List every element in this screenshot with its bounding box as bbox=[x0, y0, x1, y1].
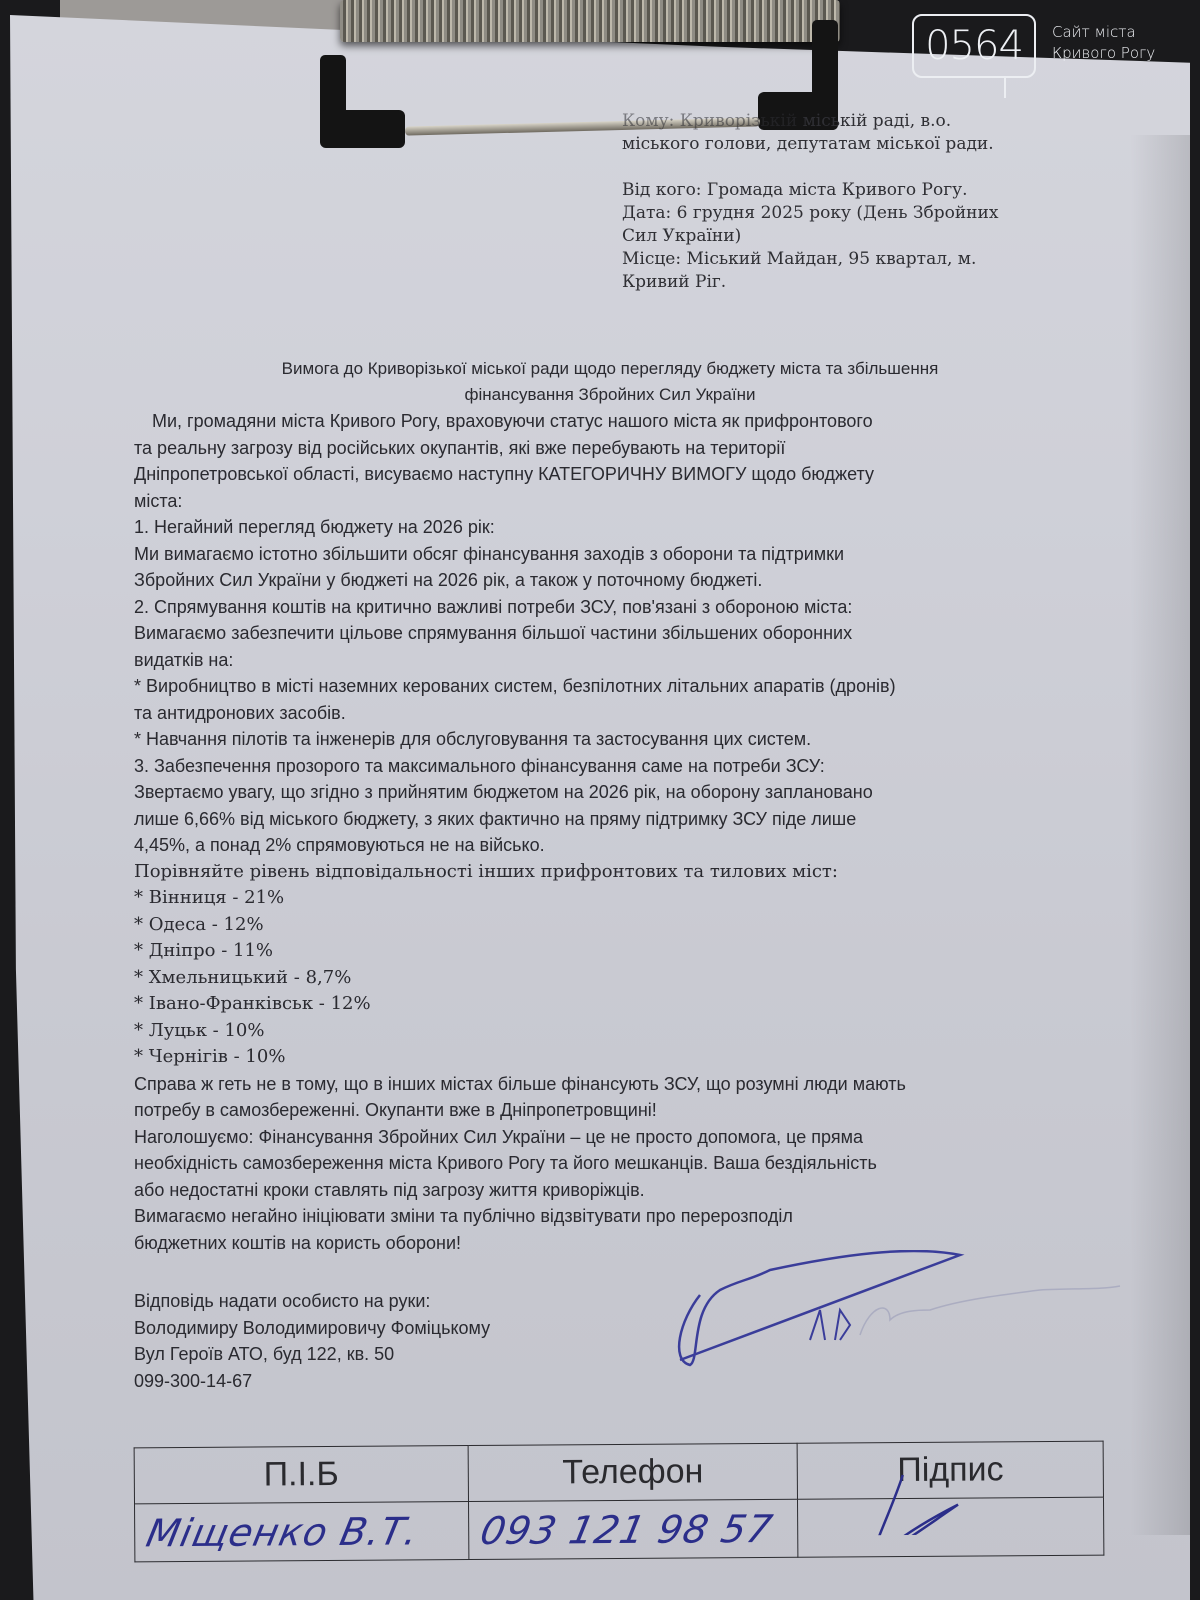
closing-line: необхідність самозбереження міста Кривог… bbox=[134, 1150, 1114, 1177]
document-title: Вимога до Криворізької міської ради щодо… bbox=[130, 356, 1090, 408]
closing-line: потребу в самозбереженні. Окупанти вже в… bbox=[134, 1097, 1114, 1124]
intro-line: Ми, громадяни міста Кривого Рогу, врахов… bbox=[134, 408, 1114, 435]
table-row: Міщенко В.Т. 093 121 98 57 bbox=[135, 1497, 1104, 1562]
demand-2-text: видатків на: bbox=[134, 647, 1114, 674]
addressee-visible: міській раді, в.о. bbox=[803, 111, 952, 131]
logo-caption-line1: Сайт міста bbox=[1052, 22, 1155, 43]
document-body: Ми, громадяни міста Кривого Рогу, врахов… bbox=[134, 408, 1114, 1394]
intro-line: міста: bbox=[134, 488, 1114, 515]
addressee-line1: Кому: Криворізькій міській раді, в.о. bbox=[622, 110, 1082, 133]
place-line1: Місце: Міський Майдан, 95 квартал, м. bbox=[622, 248, 1082, 271]
pen-signature-icon bbox=[848, 1464, 1048, 1535]
signature-table: П.І.Б Телефон Підпис Міщенко В.Т. 093 12… bbox=[134, 1441, 1105, 1563]
clipboard-clamp-bar bbox=[340, 0, 840, 42]
logo-number: 0564 bbox=[925, 23, 1023, 69]
column-header-name: П.І.Б bbox=[134, 1446, 468, 1504]
demand-3-text: 4,45%, а понад 2% спрямовуються не на ві… bbox=[134, 832, 1114, 859]
demand-2-bullet: * Виробництво в місті наземних керованих… bbox=[134, 673, 1114, 700]
title-line1: Вимога до Криворізької міської ради щодо… bbox=[130, 356, 1090, 382]
closing-line: Вимагаємо негайно ініціювати зміни та пу… bbox=[134, 1203, 1114, 1230]
document-header-block: Кому: Криворізькій міській раді, в.о. мі… bbox=[622, 110, 1082, 294]
city-budget-item: * Івано-Франківськ - 12% bbox=[134, 991, 1114, 1018]
city-budget-item: * Одеса - 12% bbox=[134, 912, 1114, 939]
logo-caption-line2: Кривого Рогу bbox=[1052, 43, 1155, 64]
place-line2: Кривий Ріг. bbox=[622, 271, 1082, 294]
speech-bubble-tail bbox=[1004, 76, 1006, 98]
demand-1-heading: 1. Негайний перегляд бюджету на 2026 рік… bbox=[134, 514, 1114, 541]
cell-phone: 093 121 98 57 bbox=[468, 1499, 798, 1559]
demand-1-text: Збройних Сил України у бюджеті на 2026 р… bbox=[134, 567, 1114, 594]
intro-line: та реальну загрозу від російських окупан… bbox=[134, 435, 1114, 462]
demand-3-text: Звертаємо увагу, що згідно з прийнятим б… bbox=[134, 779, 1114, 806]
cell-signature bbox=[798, 1497, 1104, 1557]
handwritten-phone: 093 121 98 57 bbox=[464, 1506, 776, 1552]
speech-bubble-icon: 0564 bbox=[912, 14, 1036, 78]
site-watermark-logo: 0564 Сайт міста Кривого Рогу bbox=[912, 14, 1194, 104]
demand-3-heading: 3. Забезпечення прозорого та максимально… bbox=[134, 753, 1114, 780]
demand-3-text: лише 6,66% від міського бюджету, з яких … bbox=[134, 806, 1114, 833]
closing-line: Справа ж геть не в тому, що в інших міст… bbox=[134, 1071, 1114, 1098]
closing-line: або недостатні кроки ставлять під загроз… bbox=[134, 1177, 1114, 1204]
addressee-line2: міського голови, депутатам міської ради. bbox=[622, 133, 1082, 156]
demand-2-text: та антидронових засобів. bbox=[134, 700, 1114, 727]
title-line2: фінансування Збройних Сил України bbox=[130, 382, 1090, 408]
intro-line: Дніпропетровської області, висуваємо нас… bbox=[134, 461, 1114, 488]
column-header-phone: Телефон bbox=[468, 1443, 798, 1501]
city-budget-item: * Чернігів - 10% bbox=[134, 1044, 1114, 1071]
cell-name: Міщенко В.Т. bbox=[135, 1502, 469, 1562]
city-budget-item: * Дніпро - 11% bbox=[134, 938, 1114, 965]
city-budget-item: * Вінниця - 21% bbox=[134, 885, 1114, 912]
sender-line: Від кого: Громада міста Кривого Рогу. bbox=[622, 179, 1082, 202]
paper-fold-shadow bbox=[1130, 135, 1190, 1535]
city-budget-item: * Хмельницький - 8,7% bbox=[134, 965, 1114, 992]
date-line2: Сил України) bbox=[622, 225, 1082, 248]
date-line1: Дата: 6 грудня 2025 року (День Збройних bbox=[622, 202, 1082, 225]
comparison-intro: Порівняйте рівень відповідальності інших… bbox=[134, 859, 1114, 886]
demand-2-bullet: * Навчання пілотів та інженерів для обсл… bbox=[134, 726, 1114, 753]
demand-2-text: Вимагаємо забезпечити цільове спрямуванн… bbox=[134, 620, 1114, 647]
handwritten-name: Міщенко В.Т. bbox=[131, 1509, 423, 1555]
city-budget-item: * Луцьк - 10% bbox=[134, 1018, 1114, 1045]
demand-2-heading: 2. Спрямування коштів на критично важлив… bbox=[134, 594, 1114, 621]
closing-line: Наголошуємо: Фінансування Збройних Сил У… bbox=[134, 1124, 1114, 1151]
handwritten-signature-icon bbox=[660, 1250, 1130, 1380]
demand-1-text: Ми вимагаємо істотно збільшити обсяг фін… bbox=[134, 541, 1114, 568]
addressee-obscured: Кому: Криворізькій bbox=[622, 111, 797, 131]
clipboard-arm-left-foot bbox=[320, 110, 405, 148]
logo-caption: Сайт міста Кривого Рогу bbox=[1052, 22, 1155, 64]
